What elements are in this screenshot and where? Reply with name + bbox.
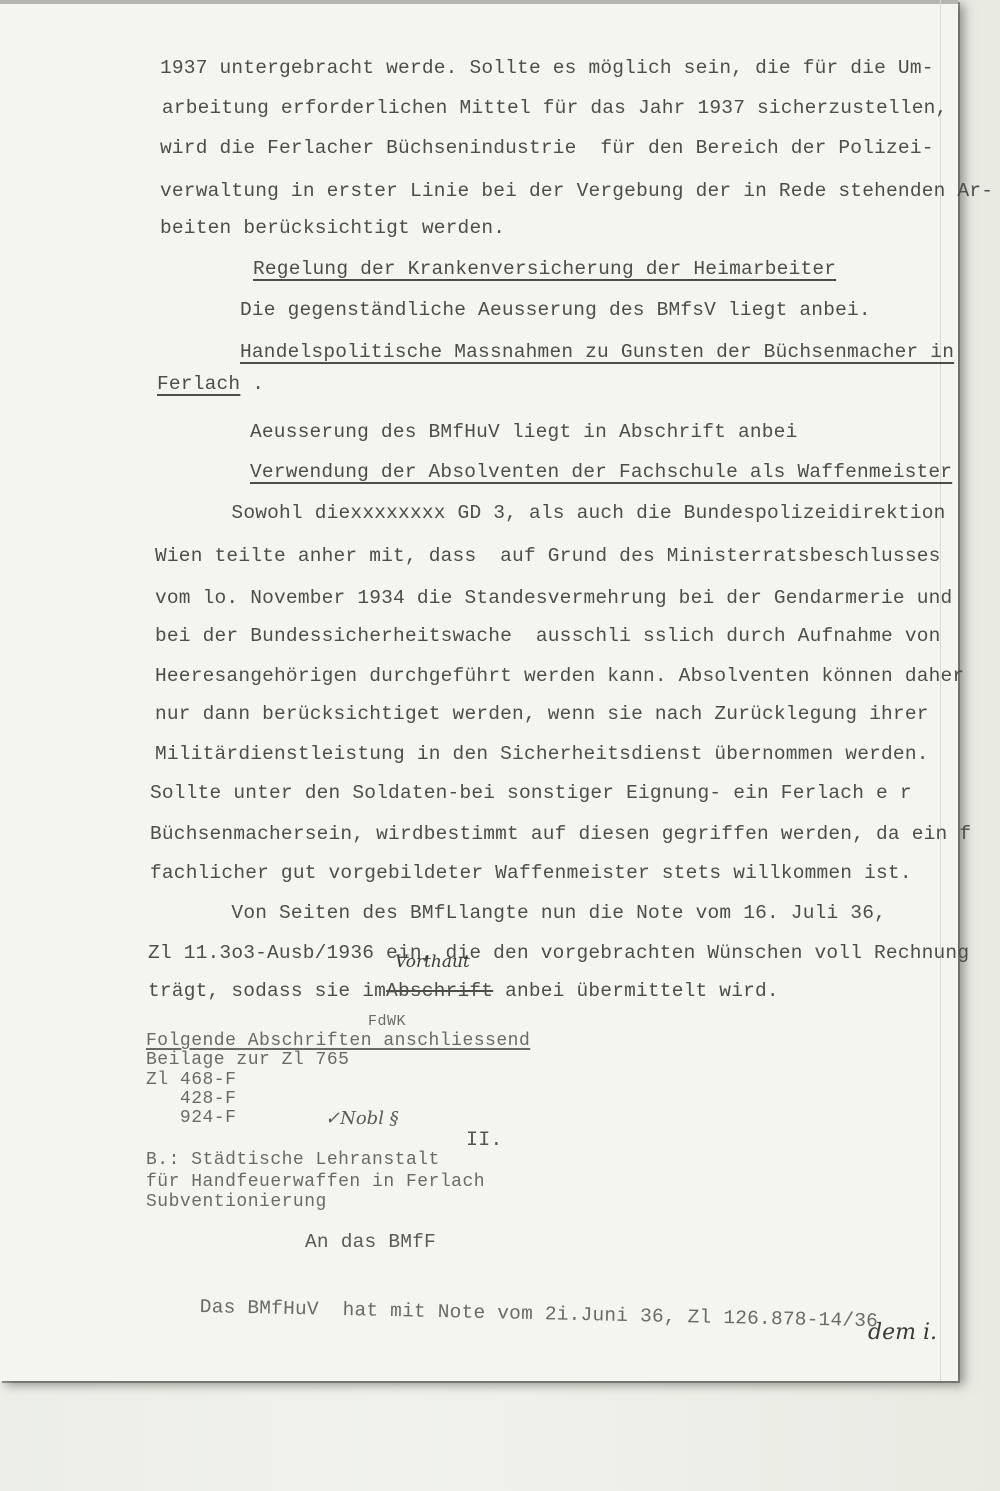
paragraph-3-prefix: trägt, sodass sie im — [148, 980, 386, 1002]
document-page: 1937 untergebracht werde. Sollte es mögl… — [0, 0, 958, 1381]
paragraph-2-line: Wien teilte anher mit, dass auf Grund de… — [155, 545, 941, 567]
paragraph-3-last-line: trägt, sodass sie imAbschrift anbei über… — [148, 980, 779, 1002]
heading-period: . — [240, 373, 264, 395]
paragraph-1-line: arbeitung erforderlichen Mittel für das … — [150, 97, 959, 119]
paragraph-3-line: Zl 11.3o3-Ausb/1936 ein, die den vorgebr… — [148, 942, 969, 964]
paragraph-2-line: nur dann berücksichtiget werden, wenn si… — [155, 703, 929, 725]
closing-line: Das BMfHuV hat mit Note vom 2i.Juni 36, … — [200, 1296, 879, 1332]
addressee: An das BMfF — [305, 1231, 436, 1253]
heading-handelspolitik-ferlach: Ferlach — [157, 373, 240, 395]
heading-krankenversicherung: Regelung der Krankenversicherung der Hei… — [253, 258, 836, 280]
paragraph-2-line: vom lo. November 1934 die Standesvermehr… — [155, 587, 952, 609]
enclosure-item: Zl 468-F — [146, 1071, 236, 1089]
heading-handelspolitik: Handelspolitische Massnahmen zu Gunsten … — [240, 341, 954, 363]
enclosure-item: Beilage zur Zl 765 — [146, 1051, 349, 1069]
paragraph-2-line: Büchsenmachersein, wirdbestimmt auf dies… — [150, 823, 971, 845]
struck-word: Abschrift — [386, 980, 493, 1002]
text-bmfsv: Die gegenständliche Aeusserung des BMfsV… — [240, 299, 871, 321]
heading-handelspolitik-line2: Ferlach . — [157, 373, 264, 395]
paragraph-3-line: Von Seiten des BMfLlangte nun die Note v… — [160, 902, 886, 924]
section-number: II. — [466, 1130, 503, 1152]
paragraph-1-line: 1937 untergebracht werde. Sollte es mögl… — [160, 57, 934, 79]
initials-fdwk: FdWK — [368, 1013, 406, 1031]
subject-line: Subventionierung — [146, 1193, 327, 1211]
paragraph-1-line: beiten berücksichtigt werden. — [160, 217, 505, 239]
paragraph-1-line: wird die Ferlacher Büchsenindustrie für … — [160, 137, 934, 159]
paragraph-3-suffix: anbei übermittelt wird. — [493, 980, 779, 1002]
handwritten-insert: Vorthaut — [395, 952, 470, 972]
paragraph-2-line: Heeresangehörigen durchgeführt werden ka… — [155, 665, 964, 687]
enclosure-item: 924-F — [146, 1109, 236, 1127]
paragraph-2-line: fachlicher gut vorgebildeter Waffenmeist… — [150, 862, 912, 884]
paragraph-2-line: Militärdienstleistung in den Sicherheits… — [155, 743, 929, 765]
enclosure-item: 428-F — [146, 1090, 236, 1108]
paragraph-2-line: Sollte unter den Soldaten-bei sonstiger … — [150, 782, 912, 804]
paragraph-1-line: verwaltung in erster Linie bei der Verge… — [160, 180, 993, 202]
paragraph-2-line: bei der Bundessicherheitswache ausschli … — [155, 625, 941, 647]
text-bmfhuv: Aeusserung des BMfHuV liegt in Abschrift… — [250, 421, 798, 443]
page-top-edge — [0, 0, 958, 4]
paragraph-2-line: Sowohl diexxxxxxxx GD 3, als auch die Bu… — [160, 502, 946, 524]
heading-absolventen: Verwendung der Absolventen der Fachschul… — [250, 461, 952, 483]
subject-line: B.: Städtische Lehranstalt — [146, 1151, 440, 1169]
handwritten-note: ✓Nobl § — [325, 1108, 399, 1129]
page-fold-line — [940, 0, 941, 1381]
handwritten-signature: dem i. — [868, 1320, 937, 1345]
subject-line: für Handfeuerwaffen in Ferlach — [146, 1173, 485, 1191]
enclosures-heading: Folgende Abschriften anschliessend — [146, 1032, 530, 1050]
